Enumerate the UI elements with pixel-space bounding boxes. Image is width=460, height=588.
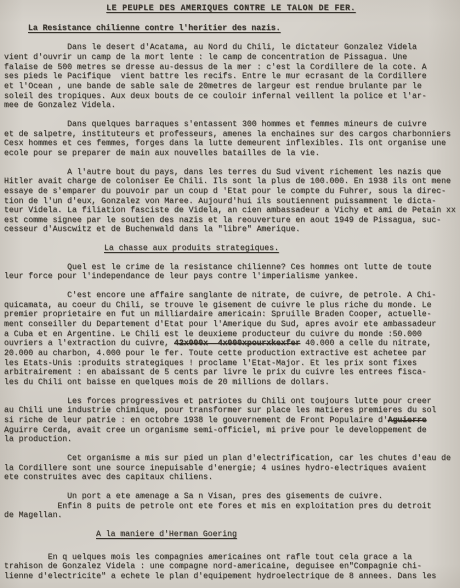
paragraph-progressive-forces: Les forces progressives et patriotes du …: [4, 397, 458, 445]
paragraph-nazis-south: A l'autre bout du pays, dans les terres …: [4, 168, 458, 236]
strikethrough-name-text: Aguierre: [388, 416, 427, 425]
paragraph-pissagua-camp: Dans le desert d'Acatama, au Nord du Chi…: [4, 43, 458, 111]
paragraph-port-oil-wells: Un port a ete amenage a Sa n Visan, pres…: [4, 492, 458, 521]
paragraph-electrification-plan: Cet organisme a mis sur pied un plan d'e…: [4, 454, 458, 483]
document-title: LE PEUPLE DES AMERIQUES CONTRE LE TALON …: [4, 4, 458, 14]
section-heading-strategic-products: La chasse aux produits strategiques.: [104, 244, 458, 254]
strikethrough-typo-text: 42x000x 4x000xpourxkexfer: [174, 339, 300, 348]
paragraph-barracks-prisoners: Dans quelques barraques s'entassent 300 …: [4, 120, 458, 159]
paragraph-progressive-forces-continuation: Aguirre Cerda, avait cree un organisme s…: [4, 426, 427, 445]
document-page: LE PEUPLE DES AMERIQUES CONTRE LE TALON …: [0, 0, 460, 588]
paragraph-copper-nitrate: C'est encore une affaire sanglante de ni…: [4, 291, 458, 388]
paragraph-progressive-forces-text: Les forces progressives et patriotes du …: [4, 397, 436, 425]
section-heading-resistance: La Resistance chilienne contre l'heritie…: [28, 24, 458, 34]
paragraph-american-companies: En q uelques mois les compagnies america…: [4, 553, 458, 582]
paragraph-crime-resistance: Quel est le crime de la resistance chili…: [4, 263, 458, 282]
section-heading-goering: A la maniere d'Herman Goering: [96, 530, 458, 540]
